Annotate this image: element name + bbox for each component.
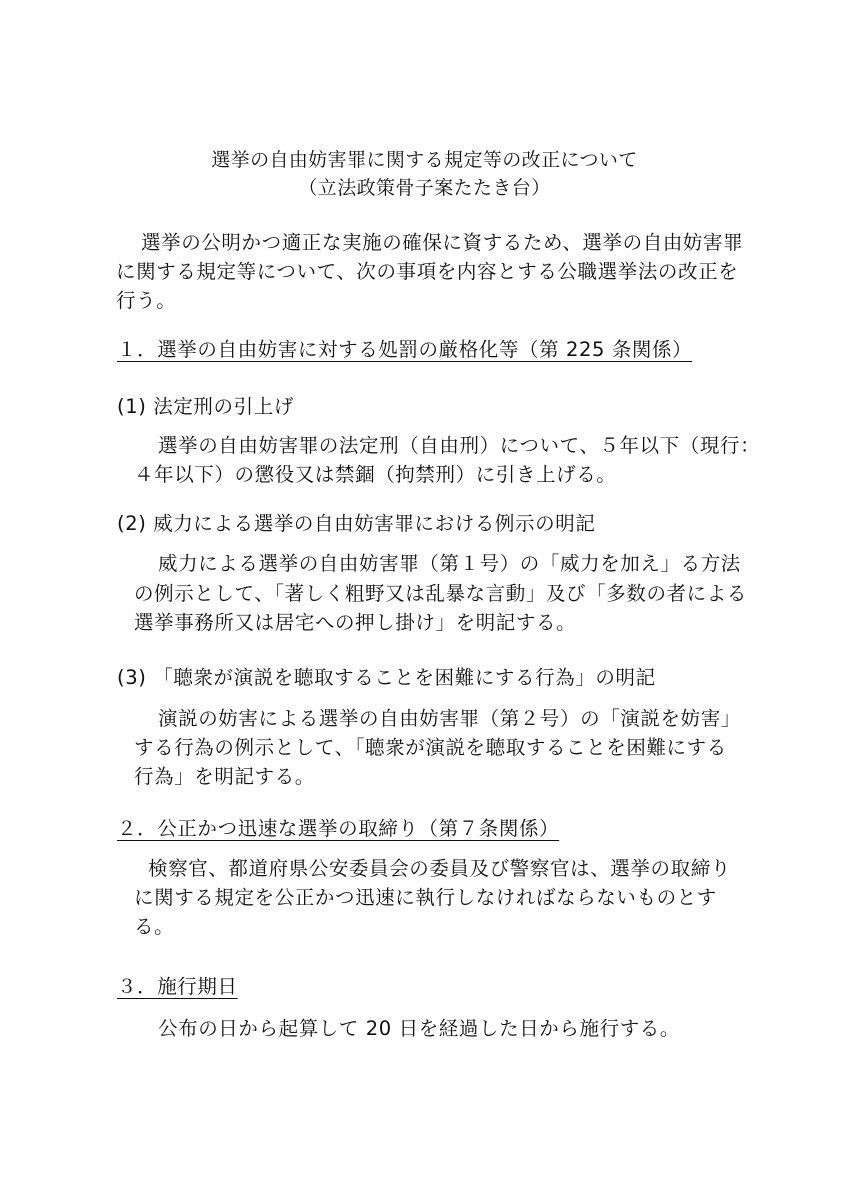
subsection-3-body-3: 行為」を明記する。 bbox=[134, 763, 315, 791]
section-2-body-1: 検察官、都道府県公安委員会の委員及び警察官は、選挙の取締り bbox=[148, 855, 731, 883]
intro-line-2: に関する規定等について、次の事項を内容とする公職選挙法の改正を bbox=[116, 258, 738, 286]
intro-line-1: 選挙の公明かつ適正な実施の確保に資するため、選挙の自由妨害罪 bbox=[141, 229, 743, 257]
subsection-1-heading: (1) 法定刑の引上げ bbox=[117, 393, 294, 421]
section-1-heading: １．選挙の自由妨害に対する処罰の厳格化等（第 225 条関係） bbox=[117, 336, 692, 364]
subsection-3-body-2: する行為の例示として、「聴衆が演説を聴取することを困難にする bbox=[134, 734, 727, 762]
section-2-body-2: に関する規定を公正かつ迅速に執行しなければならないものとす bbox=[134, 884, 717, 912]
subsection-2-body-3: 選挙事務所又は居宅への押し掛け」を明記する。 bbox=[134, 609, 576, 637]
subsection-3-body-1: 演説の妨害による選挙の自由妨害罪（第２号）の「演説を妨害」 bbox=[158, 705, 741, 733]
subsection-3-heading: (3) 「聴衆が演説を聴取することを困難にする行為」の明記 bbox=[117, 664, 656, 692]
document-title: 選挙の自由妨害罪に関する規定等の改正について bbox=[0, 146, 849, 174]
section-3-body-1: 公布の日から起算して 20 日を経過した日から施行する。 bbox=[158, 1015, 680, 1043]
intro-line-3: 行う。 bbox=[116, 287, 176, 315]
document-subtitle: （立法政策骨子案たたき台） bbox=[0, 174, 849, 202]
subsection-2-body-1: 威力による選挙の自由妨害罪（第１号）の「威力を加え」る方法 bbox=[158, 550, 741, 578]
subsection-2-heading: (2) 威力による選挙の自由妨害罪における例示の明記 bbox=[117, 510, 595, 538]
section-2-body-3: る。 bbox=[134, 913, 174, 941]
subsection-1-body-1: 選挙の自由妨害罪の法定刑（自由刑）について、５年以下（現行： bbox=[158, 432, 760, 460]
document-page: 選挙の自由妨害罪に関する規定等の改正について （立法政策骨子案たたき台） 選挙の… bbox=[0, 0, 849, 1200]
section-2-heading: ２．公正かつ迅速な選挙の取締り（第７条関係） bbox=[117, 815, 559, 843]
section-3-heading: ３．施行期日 bbox=[117, 973, 238, 1001]
subsection-1-body-2: ４年以下）の懲役又は禁錮（拘禁刑）に引き上げる。 bbox=[134, 461, 616, 489]
subsection-2-body-2: の例示として、「著しく粗野又は乱暴な言動」及び「多数の者による bbox=[134, 580, 747, 608]
